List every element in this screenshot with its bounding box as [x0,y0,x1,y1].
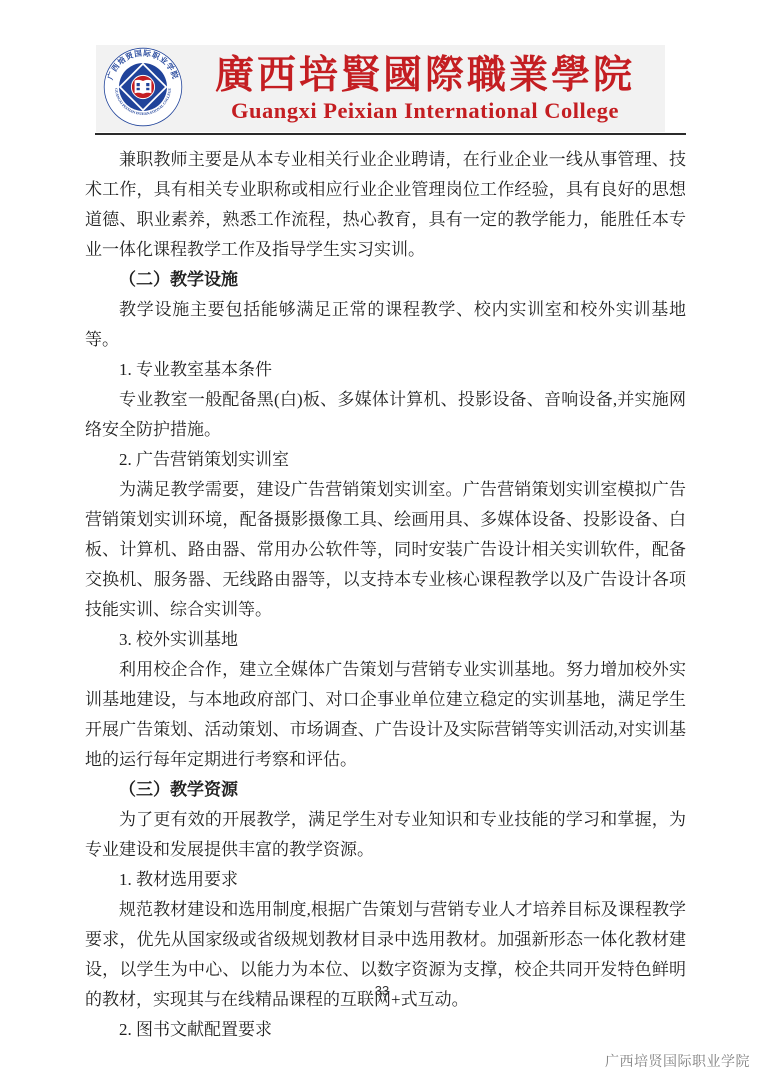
paragraph: 利用校企合作，建立全媒体广告策划与营销专业实训基地。努力增加校外实训基地建设，与… [85,655,686,775]
paragraph: 兼职教师主要是从本专业相关行业企业聘请，在行业企业一线从事管理、技术工作，具有相… [85,145,686,265]
college-title-english: Guangxi Peixian International College [189,98,661,124]
section-heading: （二）教学设施 [85,265,686,295]
paragraph: 教学设施主要包括能够满足正常的课程教学、校内实训室和校外实训基地等。 [85,295,686,355]
open-book-icon [135,80,152,94]
header-divider-line [95,133,686,135]
numbered-item: 2. 图书文献配置要求 [85,1015,686,1045]
college-titles: 廣西培賢國際職業學院 Guangxi Peixian International… [189,54,665,124]
numbered-item: 3. 校外实训基地 [85,625,686,655]
college-logo: 广西培贤国际职业学院 GUANGXI PEIXIAN INTERNATIONAL… [103,47,183,132]
footer-watermark: 广西培贤国际职业学院 [605,1051,750,1071]
section-heading: （三）教学资源 [85,775,686,805]
numbered-item: 1. 专业教室基本条件 [85,355,686,385]
document-body: 兼职教师主要是从本专业相关行业企业聘请，在行业企业一线从事管理、技术工作，具有相… [85,145,686,1045]
numbered-item: 1. 教材选用要求 [85,865,686,895]
college-logo-emblem: 广西培贤国际职业学院 GUANGXI PEIXIAN INTERNATIONAL… [103,47,183,127]
page-header: 广西培贤国际职业学院 GUANGXI PEIXIAN INTERNATIONAL… [96,45,665,132]
paragraph: 专业教室一般配备黑(白)板、多媒体计算机、投影设备、音响设备,并实施网络安全防护… [85,385,686,445]
college-title-chinese: 廣西培賢國際職業學院 [189,54,661,98]
paragraph: 为满足教学需要，建设广告营销策划实训室。广告营销策划实训室模拟广告营销策划实训环… [85,475,686,625]
page-number: 33 [0,983,764,998]
document-page: 广西培贤国际职业学院 GUANGXI PEIXIAN INTERNATIONAL… [85,45,686,1045]
numbered-item: 2. 广告营销策划实训室 [85,445,686,475]
paragraph: 为了更有效的开展教学，满足学生对专业知识和专业技能的学习和掌握，为专业建设和发展… [85,805,686,865]
